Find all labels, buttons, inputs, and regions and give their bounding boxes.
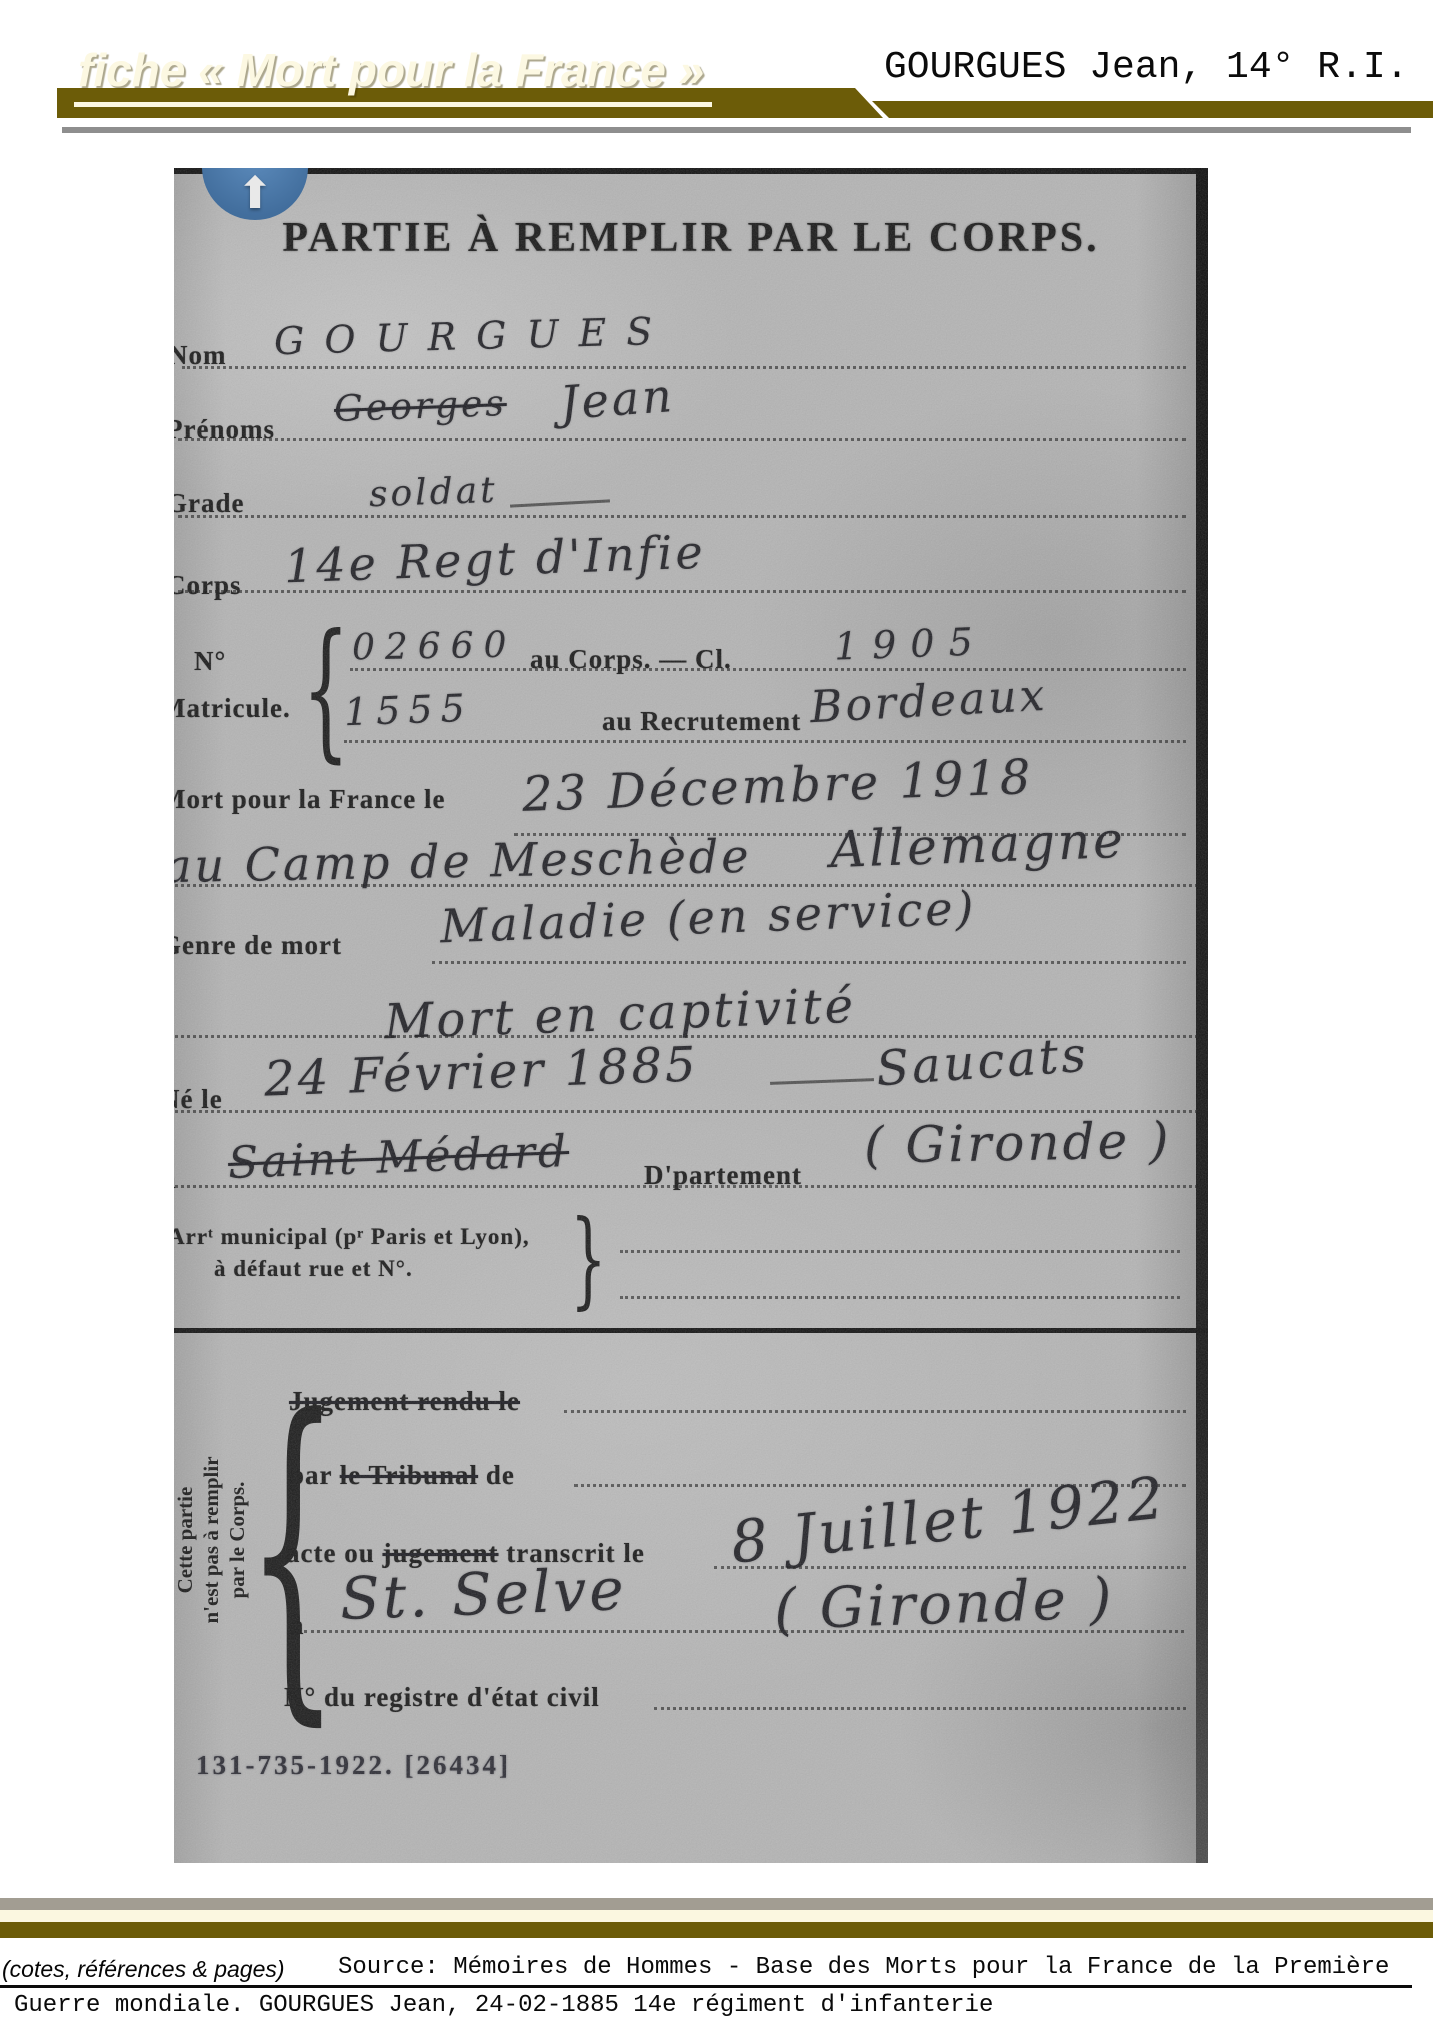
side-note-line1: Cette partie — [174, 1380, 198, 1700]
dotted-line — [620, 1250, 1180, 1253]
tribunal-prefix: par — [289, 1460, 332, 1490]
side-note-rotated: Cette partie n'est pas à remplir par le … — [174, 1380, 252, 1700]
field-commune-struck-value: Saint Médard — [227, 1126, 570, 1189]
dotted-line — [654, 1707, 1186, 1710]
matricule-recrutement-value: Bordeaux — [809, 670, 1049, 733]
field-arrondissement-line2: à défaut rue et N°. — [214, 1256, 413, 1282]
form-heading: PARTIE À REMPLIR PAR LE CORPS. — [174, 214, 1208, 262]
arrondissement-brace: } — [570, 1212, 607, 1307]
matricule-recrutement-label: au Recrutement — [602, 706, 801, 737]
dotted-line — [174, 884, 1198, 887]
field-lieu-pays: Allemagne — [829, 811, 1127, 879]
field-commune-label: à — [174, 1164, 177, 1195]
header-accent-band-right — [872, 101, 1433, 118]
field-mort-value: 23 Décembre 1918 — [521, 749, 1034, 823]
dotted-line — [344, 740, 1186, 743]
document-reference: GOURGUES Jean, 14° R.I. — [884, 48, 1409, 88]
footer-annotation: (cotes, références & pages) — [2, 1956, 285, 1983]
dotted-line — [432, 961, 1186, 964]
header-gray-rule — [62, 127, 1411, 133]
dotted-line — [174, 1185, 1198, 1188]
dotted-line — [178, 515, 1186, 518]
pen-stroke — [770, 1078, 874, 1085]
tribunal-label: par le Tribunal de — [289, 1460, 515, 1491]
field-departement-value: ( Gironde ) — [864, 1111, 1173, 1174]
matricule-classe-value: 1905 — [833, 619, 987, 668]
section-divider — [174, 1328, 1208, 1333]
dotted-line — [564, 1410, 1186, 1413]
field-grade-value: soldat — [368, 470, 498, 515]
scan-right-edge — [1196, 168, 1208, 1863]
printer-reference: 131-735-1922. [26434] — [196, 1750, 511, 1781]
footer-accent-band — [0, 1922, 1433, 1938]
footer-source-line1: Source: Mémoires de Hommes - Base des Mo… — [338, 1954, 1389, 1981]
scan-top-edge — [174, 168, 1208, 174]
field-nom-value: GOURGUES — [273, 309, 672, 363]
scroll-up-button[interactable]: ⬆ — [202, 168, 308, 220]
dotted-line — [350, 668, 1186, 671]
tribunal-struck: le Tribunal — [340, 1460, 478, 1490]
field-matricule-numero: N° — [194, 646, 226, 677]
matricule-recrutement-number: 1555 — [343, 686, 473, 734]
dotted-line — [714, 1566, 1186, 1569]
footer-gray-band — [0, 1898, 1433, 1910]
field-corps-value: 14e Regt d'Infie — [283, 525, 706, 594]
field-naissance-date: 24 Février 1885 — [263, 1036, 699, 1107]
pen-stroke — [510, 499, 610, 507]
field-matricule-label: Matricule. — [174, 693, 291, 724]
dotted-line — [178, 590, 1186, 593]
up-arrow-icon: ⬆ — [237, 172, 274, 216]
page-title: fiche « Mort pour la France » — [74, 46, 712, 107]
dotted-line — [620, 1296, 1180, 1299]
field-arrondissement-line1: Arrᵗ municipal (pʳ Paris et Lyon), — [174, 1224, 530, 1250]
field-genre-label: Genre de mort — [174, 930, 342, 961]
field-genre-value: Maladie (en service) — [439, 881, 977, 954]
field-mort-label: Mort pour la France le — [174, 784, 445, 815]
footer-cream-band — [0, 1910, 1433, 1922]
civil-lieu-label: à — [290, 1610, 305, 1641]
footer-underline — [0, 1985, 1412, 1988]
field-corps-label: Corps — [174, 570, 242, 601]
tribunal-suffix: de — [486, 1460, 515, 1490]
transcrit-value: 8 Juillet 1922 — [728, 1463, 1170, 1576]
civil-lieu-value: St. Selve — [339, 1555, 628, 1633]
footer-source-line2: Guerre mondiale. GOURGUES Jean, 24-02-18… — [14, 1992, 993, 2019]
jugement-label: Jugement rendu le — [289, 1386, 520, 1417]
dotted-line — [178, 438, 1186, 441]
field-prenoms-struck-value: Georges — [333, 383, 507, 430]
field-prenoms-value: Jean — [558, 368, 676, 430]
registre-label: N° du registre d'état civil — [284, 1682, 600, 1713]
matricule-corps-number: 02660 — [352, 625, 517, 669]
side-note-line2: n'est pas à remplir — [198, 1380, 224, 1700]
document-scan: ⬆ PARTIE À REMPLIR PAR LE CORPS. Nom GOU… — [174, 168, 1208, 1863]
dotted-line — [182, 366, 1186, 369]
dotted-line — [304, 1630, 1184, 1633]
